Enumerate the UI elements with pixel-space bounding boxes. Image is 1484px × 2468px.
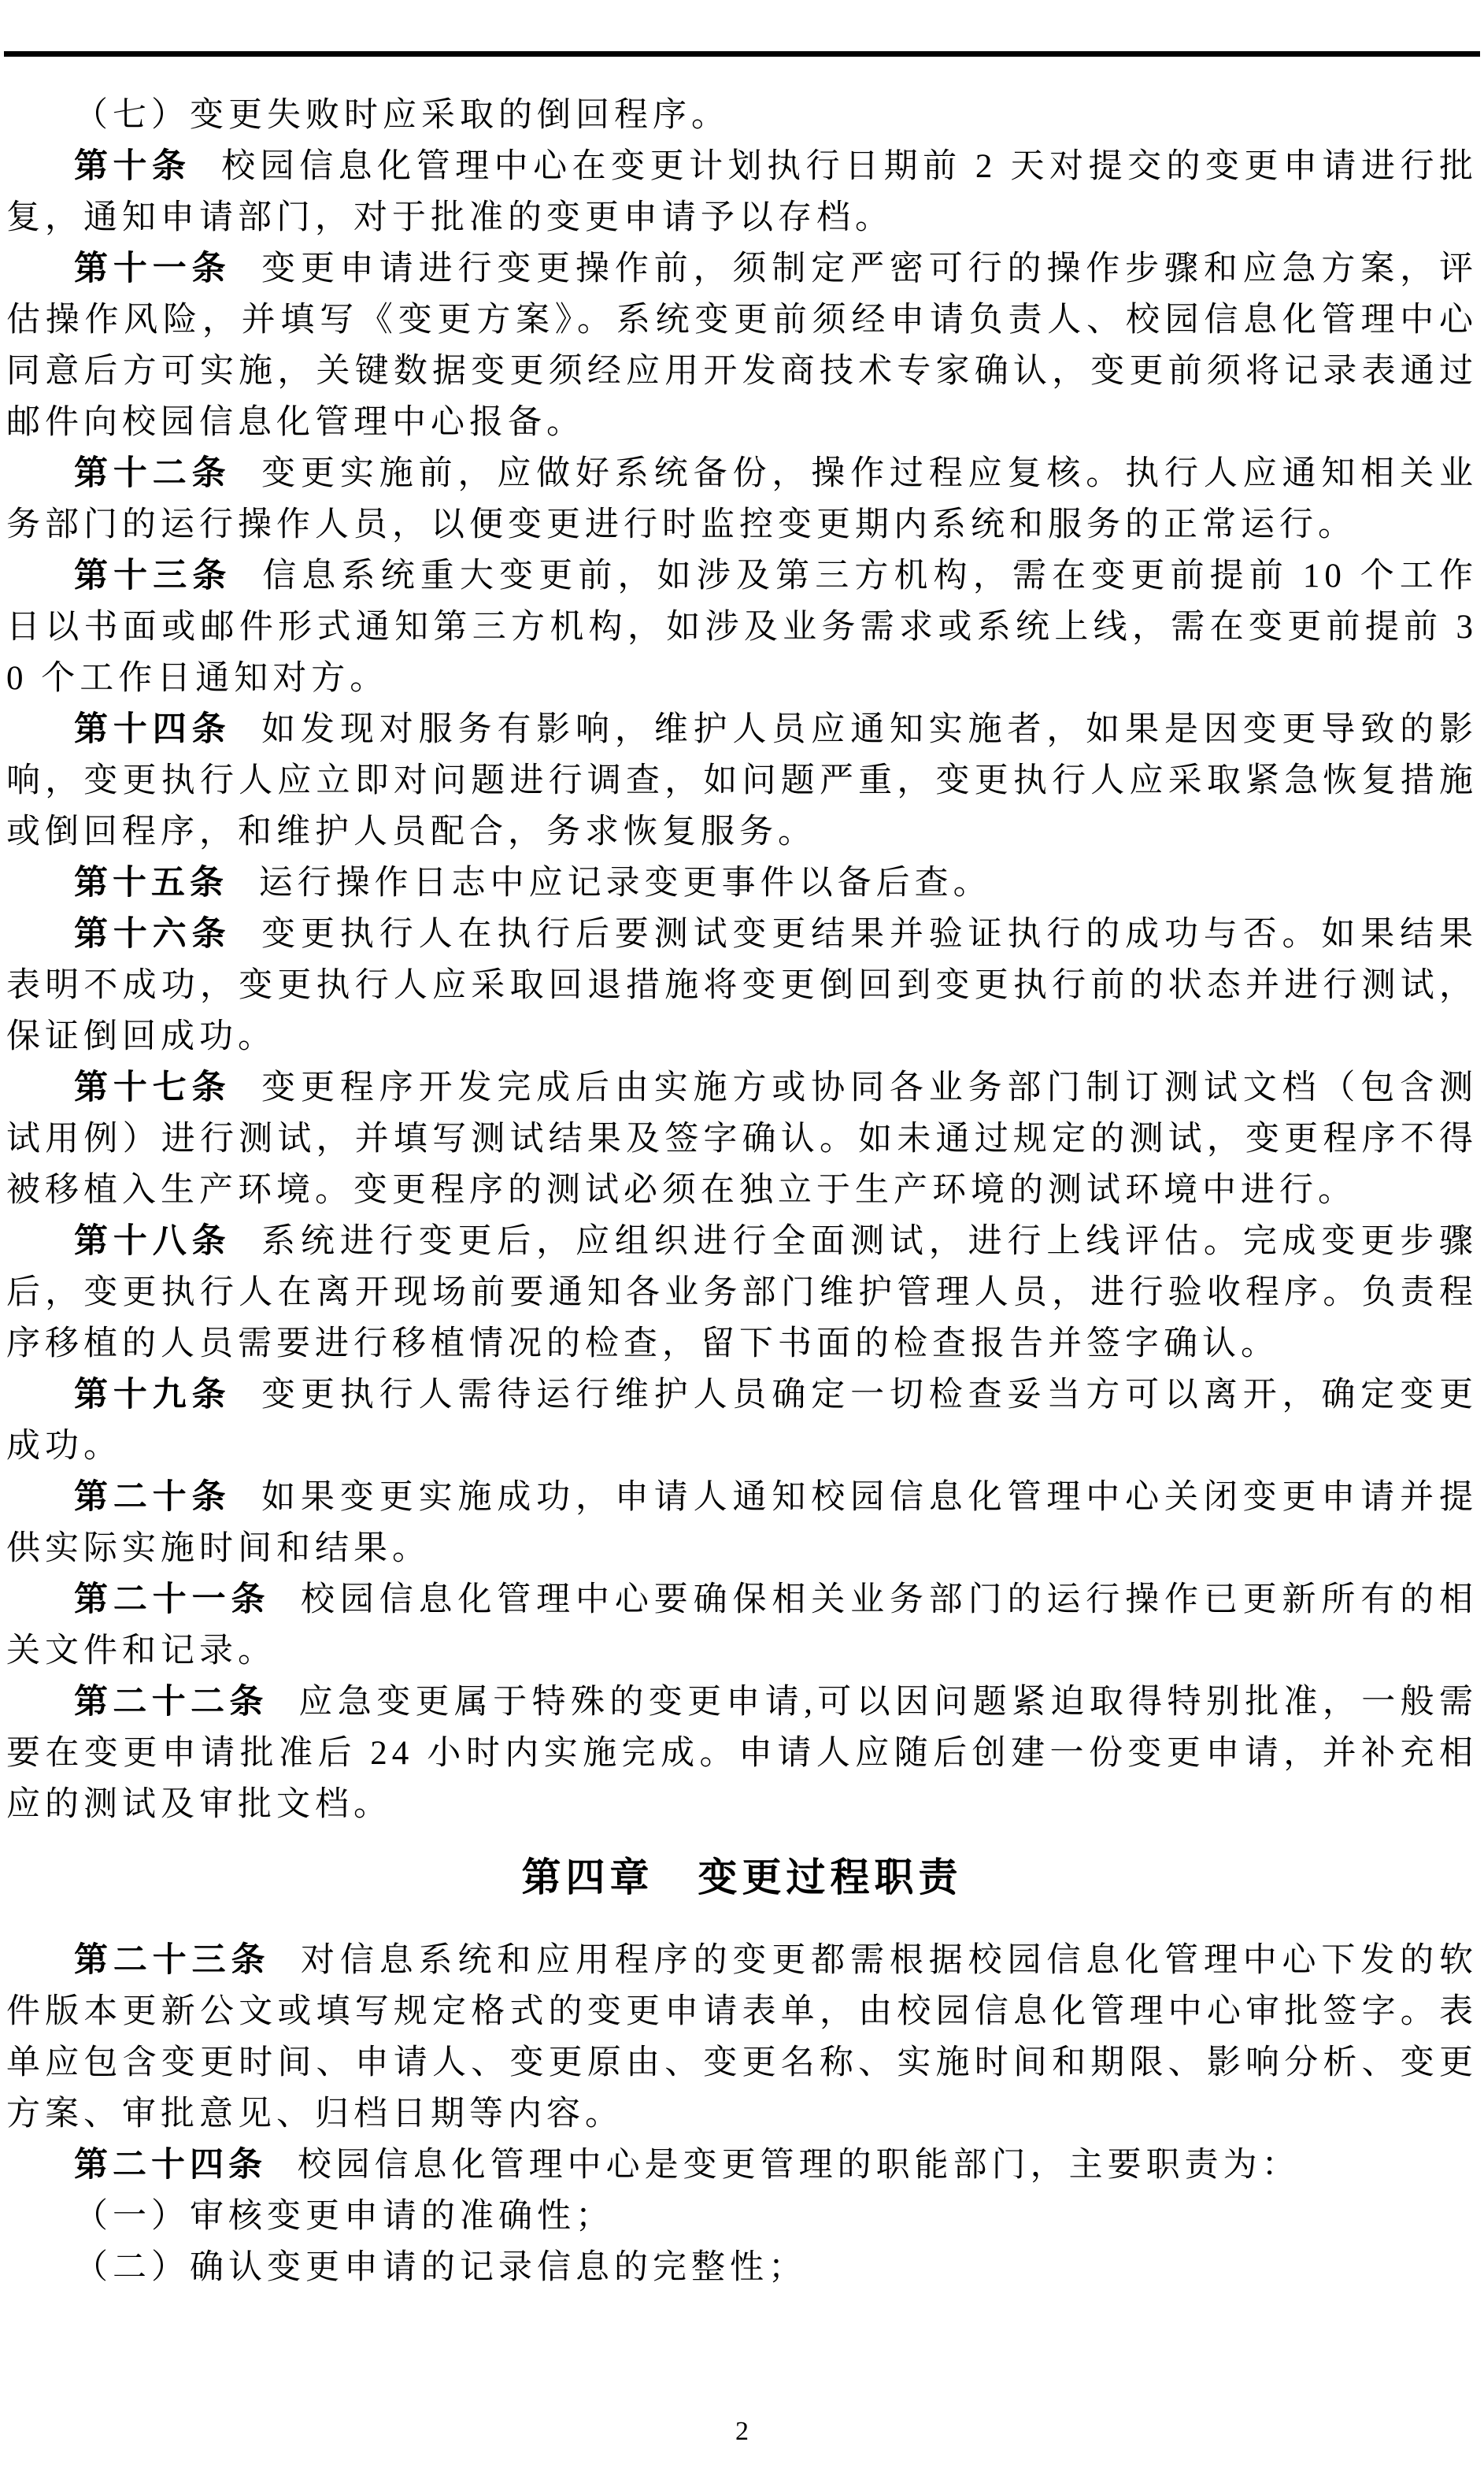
article-text: 校园信息化管理中心在变更计划执行日期前 2 天对提交的变更申请进行批复，通知申请… — [6, 148, 1478, 236]
body-paragraph: （一）审核变更申请的准确性； — [6, 2191, 1478, 2242]
article-number: 第十一条 — [74, 250, 231, 287]
page-number: 2 — [0, 2416, 1484, 2448]
body-paragraph: 第十三条信息系统重大变更前，如涉及第三方机构，需在变更前提前 10 个工作日以书… — [6, 550, 1478, 704]
body-paragraph: 第十一条变更申请进行变更操作前，须制定严密可行的操作步骤和应急方案，评估操作风险… — [6, 243, 1478, 448]
header-rule — [4, 51, 1480, 57]
body-paragraph: 第十八条系统进行变更后，应组织进行全面测试，进行上线评估。完成变更步骤后，变更执… — [6, 1216, 1478, 1369]
article-number: 第十二条 — [74, 454, 231, 492]
article-number: 第二十一条 — [74, 1580, 270, 1618]
body-paragraph: 第二十四条校园信息化管理中心是变更管理的职能部门，主要职责为： — [6, 2140, 1478, 2191]
article-number: 第十七条 — [74, 1069, 231, 1106]
body-paragraph: 第十五条运行操作日志中应记录变更事件以备后查。 — [6, 858, 1478, 909]
body-paragraph: 第二十二条应急变更属于特殊的变更申请,可以因问题紧迫取得特别批准，一般需要在变更… — [6, 1677, 1478, 1830]
body-paragraph: 第十七条变更程序开发完成后由实施方或协同各业务部门制订测试文档（包含测试用例）进… — [6, 1062, 1478, 1216]
chapter-heading: 第四章 变更过程职责 — [6, 1850, 1478, 1905]
article-text: 校园信息化管理中心是变更管理的职能部门，主要职责为： — [298, 2147, 1301, 2184]
article-number: 第十五条 — [74, 864, 228, 902]
article-number: 第十条 — [74, 147, 191, 185]
article-number: 第十八条 — [74, 1222, 231, 1260]
body-paragraph: （二）确认变更申请的记录信息的完整性； — [6, 2242, 1478, 2293]
article-number: 第十九条 — [74, 1376, 231, 1414]
article-text: 运行操作日志中应记录变更事件以备后查。 — [259, 865, 992, 902]
body-paragraph: （七）变更失败时应采取的倒回程序。 — [6, 90, 1478, 141]
article-number: 第二十四条 — [74, 2146, 267, 2184]
article-text: （一）审核变更申请的准确性； — [74, 2198, 614, 2235]
body-paragraph: 第二十条如果变更实施成功，申请人通知校园信息化管理中心关闭变更申请并提供实际实施… — [6, 1472, 1478, 1574]
body-paragraph: 第二十一条校园信息化管理中心要确保相关业务部门的运行操作已更新所有的相关文件和记… — [6, 1574, 1478, 1677]
body-paragraph: 第十九条变更执行人需待运行维护人员确定一切检查妥当方可以离开，确定变更成功。 — [6, 1369, 1478, 1472]
body-paragraph: 第十条校园信息化管理中心在变更计划执行日期前 2 天对提交的变更申请进行批复，通… — [6, 141, 1478, 243]
body-paragraph: 第十二条变更实施前，应做好系统备份，操作过程应复核。执行人应通知相关业务部门的运… — [6, 448, 1478, 550]
body-paragraph: 第十六条变更执行人在执行后要测试变更结果并验证执行的成功与否。如果结果表明不成功… — [6, 909, 1478, 1062]
article-number: 第十六条 — [74, 915, 231, 953]
article-number: 第十四条 — [74, 710, 231, 748]
article-number: 第二十条 — [74, 1478, 231, 1516]
article-number: 第二十三条 — [74, 1941, 270, 1979]
article-number: 第十三条 — [74, 557, 232, 595]
document-body: （七）变更失败时应采取的倒回程序。 第十条校园信息化管理中心在变更计划执行日期前… — [6, 90, 1478, 2293]
article-text: （二）确认变更申请的记录信息的完整性； — [74, 2249, 807, 2286]
body-paragraph: 第十四条如发现对服务有影响，维护人员应通知实施者，如果是因变更导致的影响，变更执… — [6, 704, 1478, 858]
article-text: （七）变更失败时应采取的倒回程序。 — [74, 97, 730, 134]
body-paragraph: 第二十三条对信息系统和应用程序的变更都需根据校园信息化管理中心下发的软件版本更新… — [6, 1935, 1478, 2140]
document-page: （七）变更失败时应采取的倒回程序。 第十条校园信息化管理中心在变更计划执行日期前… — [0, 0, 1484, 2468]
article-number: 第二十二条 — [74, 1683, 268, 1721]
